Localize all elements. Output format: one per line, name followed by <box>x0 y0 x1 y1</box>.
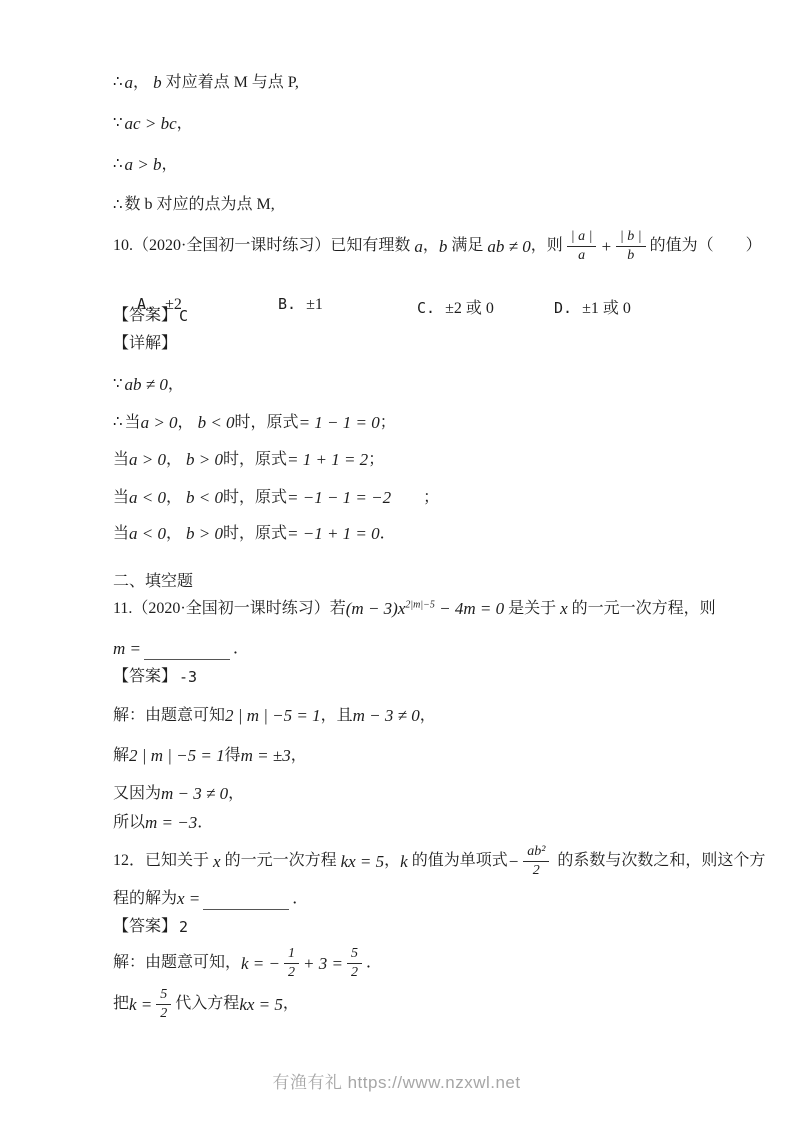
option-value: ±1 <box>306 296 323 313</box>
q11-solution-line-4: 所以m = −3． <box>113 812 213 834</box>
q10-option-c: C.±2 或 0 <box>393 277 494 336</box>
document-page: ∴a， b 对应着点 M 与点 P, ∵ac > bc， ∴a > b， ∴数 … <box>0 0 793 1122</box>
page-footer: 有渔有礼 https://www.nzxwl.net <box>0 1068 793 1093</box>
q12-stem-line-2: 程的解为x =． <box>113 888 308 910</box>
q12-stem-line-1: 12．已知关于 x 的一元一次方程 kx = 5，k 的值为单项式−ab²2 的… <box>113 843 765 880</box>
option-label: C. <box>417 299 435 317</box>
q10-answer: 【答案】C <box>113 306 188 327</box>
q10-solution-line-5: 当a < 0， b > 0时，原式= −1 + 1 = 0． <box>113 523 396 545</box>
option-label: B. <box>278 295 296 313</box>
q10-options: A.±2 B.±1 C.±2 或 0 D.±1 或 0 <box>113 277 713 299</box>
q10-stem: 10.（2020·全国初一课时练习）已知有理数 a，b 满足 ab ≠ 0，则|… <box>113 228 762 265</box>
proof-line-3: ∴a > b， <box>113 154 178 176</box>
option-value: ±2 或 0 <box>445 300 494 317</box>
proof-line-1: ∴a， b 对应着点 M 与点 P, <box>113 72 299 94</box>
q12-answer: 【答案】2 <box>113 917 188 938</box>
q12-solution-line-2: 把k =52代入方程kx = 5， <box>113 986 299 1023</box>
q11-blank-line: m =． <box>113 638 249 660</box>
option-value: ±1 或 0 <box>582 300 631 317</box>
proof-line-4: ∴数 b 对应的点为点 M, <box>113 195 275 216</box>
q10-solution-line-3: 当a > 0， b > 0时，原式= 1 + 1 = 2； <box>113 449 384 471</box>
q11-solution-line-1: 解：由题意可知2 | m | −5 = 1，且m − 3 ≠ 0， <box>113 705 436 727</box>
q11-answer: 【答案】-3 <box>113 667 197 688</box>
q11-stem-line-1: 11.（2020·全国初一课时练习）若(m − 3)x2|m|−5 − 4m =… <box>113 598 716 620</box>
q11-solution-line-2: 解2 | m | −5 = 1得m = ±3， <box>113 745 307 767</box>
q10-solution-line-4: 当a < 0， b < 0时，原式= −1 − 1 = −2 ； <box>113 487 439 509</box>
option-label: D. <box>554 299 572 317</box>
q10-option-b: B.±1 <box>254 277 323 332</box>
q10-detail-label: 【详解】 <box>113 334 177 355</box>
proof-line-2: ∵ac > bc， <box>113 113 193 135</box>
q12-solution-line-1: 解：由题意可知，k = −12+ 3 =52． <box>113 945 382 982</box>
q10-solution-line-2: ∴当a > 0， b < 0时，原式= 1 − 1 = 0； <box>113 412 396 434</box>
q10-solution-line-1: ∵ab ≠ 0， <box>113 374 184 396</box>
q10-option-d: D.±1 或 0 <box>530 277 631 336</box>
section-heading-fill-in: 二、填空题 <box>113 572 193 593</box>
q11-solution-line-3: 又因为m − 3 ≠ 0， <box>113 783 244 805</box>
